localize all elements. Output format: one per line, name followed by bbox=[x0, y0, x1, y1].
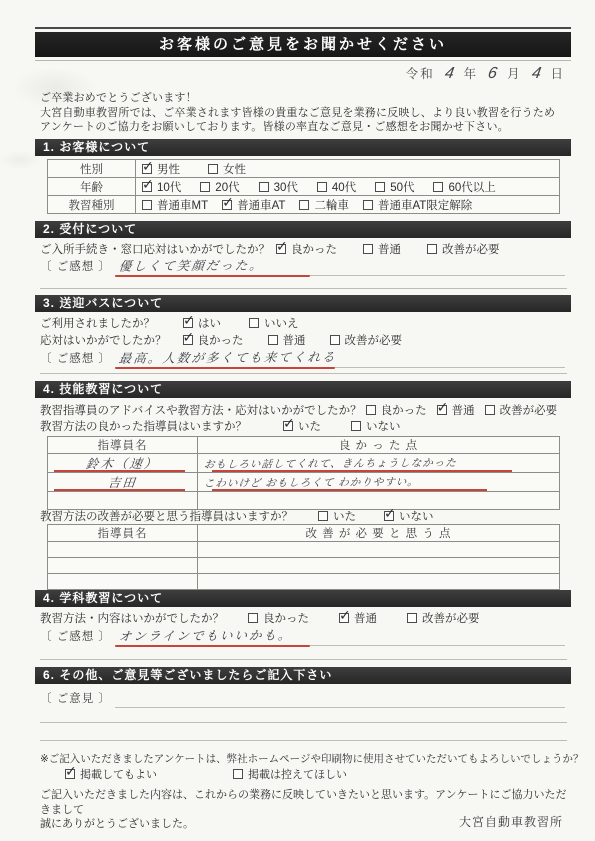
table-row: 性別 男性 女性 bbox=[48, 160, 560, 178]
option-label: いいえ bbox=[264, 315, 299, 331]
form-title: お客様のご意見をお聞かせください bbox=[159, 36, 447, 53]
option-good[interactable]: 良かった bbox=[366, 402, 427, 418]
handwritten-comment: こわいけど おもしろくて わかりやすい。 bbox=[203, 474, 419, 490]
option-label: 普通 bbox=[378, 241, 401, 257]
option-label: いた bbox=[333, 508, 356, 524]
handwritten-feedback: 優しくて笑顔だった。 bbox=[118, 255, 265, 274]
checkbox-icon[interactable] bbox=[65, 769, 75, 779]
intro-paragraph: ご卒業おめでとうございます！ 大宮自動車教習所では、ご卒業されます皆様の貴重なご… bbox=[40, 91, 567, 135]
date-day-handwritten: 4 bbox=[530, 65, 542, 83]
checkbox-icon[interactable] bbox=[183, 335, 193, 345]
option-label: 普通車AT bbox=[237, 197, 285, 213]
option-age-40s[interactable]: 40代 bbox=[317, 179, 356, 195]
option-female[interactable]: 女性 bbox=[208, 161, 246, 177]
handwritten-feedback: オンラインでもいいかも。 bbox=[118, 625, 294, 644]
opinion-answer-area bbox=[115, 688, 565, 708]
option-label: いない bbox=[399, 508, 434, 524]
date-year-label: 年 bbox=[464, 64, 479, 82]
option-good[interactable]: 良かった bbox=[183, 332, 244, 348]
option-age-20s[interactable]: 20代 bbox=[200, 179, 239, 195]
option-label: 普通車MT bbox=[157, 197, 208, 213]
option-car-mt[interactable]: 普通車MT bbox=[142, 197, 208, 213]
col-instructor-name: 指導員名 bbox=[48, 525, 198, 542]
checkbox-icon[interactable] bbox=[317, 182, 327, 192]
bus-used-question-row: ご利用されましたか？ はい いいえ bbox=[40, 315, 565, 331]
option-good[interactable]: 良かった bbox=[248, 610, 309, 626]
date-month-label: 月 bbox=[507, 64, 522, 82]
good-instructor-table: 指導員名 良 か っ た 点 鈴木（速） おもしろい話してくれて、きんちょうしな… bbox=[47, 436, 560, 510]
question-text: ご利用されましたか？ bbox=[40, 315, 155, 331]
feedback-answer-area: オンラインでもいいかも。 bbox=[115, 626, 565, 646]
red-underline bbox=[115, 645, 310, 647]
bus-service-question-row: 応対はいかがでしたか？ 良かった 普通 改善が必要 bbox=[40, 332, 565, 348]
option-age-10s[interactable]: 10代 bbox=[142, 179, 181, 195]
checkbox-icon[interactable] bbox=[283, 421, 293, 431]
table-header-row: 指導員名 良 か っ た 点 bbox=[48, 437, 560, 454]
checkbox-icon[interactable] bbox=[437, 405, 447, 415]
option-label: 普通 bbox=[354, 610, 377, 626]
instructor-name-cell bbox=[48, 558, 198, 574]
table-row: 教習種別 普通車MT 普通車AT 二輪車 普通車AT限定解除 bbox=[48, 196, 560, 214]
section6-title: 6. その他、ご意見等ございましたらご記入下さい bbox=[43, 668, 332, 682]
section3-title: 3. 送迎バスについて bbox=[43, 296, 163, 310]
improve-point-cell bbox=[198, 542, 560, 558]
school-signature: 大宮自動車教習所 bbox=[459, 813, 563, 830]
checkbox-icon[interactable] bbox=[249, 318, 259, 328]
checkbox-icon[interactable] bbox=[299, 200, 309, 210]
other-opinion-row: 〔 ご意見 〕 bbox=[40, 688, 565, 708]
feedback-label: 〔 ご感想 〕 bbox=[40, 350, 111, 366]
bus-feedback-row: 〔 ご感想 〕 最高。人数が多くても来てくれる bbox=[40, 348, 565, 368]
option-normal[interactable]: 普通 bbox=[363, 241, 401, 257]
option-good[interactable]: 良かった bbox=[276, 241, 337, 257]
option-label: 改善が必要 bbox=[442, 241, 500, 257]
section3-header: 3. 送迎バスについて bbox=[35, 295, 571, 312]
checkbox-icon[interactable] bbox=[407, 613, 417, 623]
table-row bbox=[48, 558, 560, 574]
option-label: 30代 bbox=[274, 179, 298, 195]
improve-instructor-question-row: 教習方法の改善が必要と思う指導員はいますか？ いた いない bbox=[40, 508, 565, 524]
reception-question-row: ご入所手続き・窓口応対はいかがでしたか？ 良かった 普通 改善が必要 bbox=[40, 241, 565, 257]
section5-header: 4. 学科教習について bbox=[35, 590, 571, 607]
age-row-label: 年齢 bbox=[48, 178, 136, 196]
option-inai[interactable]: いない bbox=[384, 508, 434, 524]
feedback-label: 〔 ご感想 〕 bbox=[40, 628, 111, 644]
table-row: 年齢 10代 20代 30代 40代 50代 60代以上 bbox=[48, 178, 560, 196]
good-point-cell bbox=[198, 492, 560, 510]
date-year-handwritten: 4 bbox=[443, 65, 455, 83]
option-label: いない bbox=[366, 418, 401, 434]
opinion-label: 〔 ご意見 〕 bbox=[40, 690, 111, 706]
checkbox-icon[interactable] bbox=[363, 244, 373, 254]
option-label: 二輪車 bbox=[314, 197, 349, 213]
checkbox-icon[interactable] bbox=[200, 182, 210, 192]
section4-title: 4. 技能教習について bbox=[43, 382, 163, 396]
gender-row-label: 性別 bbox=[48, 160, 136, 178]
section2-header: 2. 受付について bbox=[35, 221, 571, 238]
intro-line-2: 大宮自動車教習所では、ご卒業されます皆様の貴重なご意見を業務に反映し、より良い教… bbox=[40, 106, 567, 121]
checkbox-icon[interactable] bbox=[339, 613, 349, 623]
question-text: 教習方法の改善が必要と思う指導員はいますか？ bbox=[40, 508, 293, 524]
intro-line-1: ご卒業おめでとうございます！ bbox=[40, 91, 567, 106]
option-label: 掲載してもよい bbox=[80, 766, 157, 782]
table-row bbox=[48, 492, 560, 510]
option-motorcycle[interactable]: 二輪車 bbox=[299, 197, 349, 213]
col-instructor-name: 指導員名 bbox=[48, 437, 198, 454]
option-label: 改善が必要 bbox=[422, 610, 480, 626]
checkbox-icon[interactable] bbox=[384, 511, 394, 521]
option-ita[interactable]: いた bbox=[283, 418, 321, 434]
date-era-label: 令和 bbox=[406, 64, 435, 82]
date-day-label: 日 bbox=[550, 64, 565, 82]
publication-options-row: 掲載してもよい 掲載は控えてほしい bbox=[65, 766, 565, 782]
checkbox-icon[interactable] bbox=[259, 182, 269, 192]
option-label: 良かった bbox=[198, 332, 244, 348]
option-label: はい bbox=[198, 315, 221, 331]
option-no[interactable]: いいえ bbox=[249, 315, 299, 331]
table-row bbox=[48, 574, 560, 590]
form-title-banner: お客様のご意見をお聞かせください bbox=[35, 32, 571, 57]
option-normal[interactable]: 普通 bbox=[339, 610, 377, 626]
option-at-limit-release[interactable]: 普通車AT限定解除 bbox=[363, 197, 472, 213]
option-label: 改善が必要 bbox=[500, 402, 558, 418]
checkbox-icon[interactable] bbox=[142, 164, 152, 174]
section2-title: 2. 受付について bbox=[43, 222, 137, 236]
instructor-name-cell bbox=[48, 574, 198, 590]
reception-feedback-row: 〔 ご感想 〕 優しくて笑顔だった。 bbox=[40, 256, 565, 276]
option-car-at[interactable]: 普通車AT bbox=[222, 197, 285, 213]
checkbox-icon[interactable] bbox=[142, 200, 152, 210]
customer-info-table: 性別 男性 女性 年齢 10代 20代 30代 40代 50代 60代以上 教習… bbox=[47, 159, 560, 214]
option-needs-improvement[interactable]: 改善が必要 bbox=[407, 610, 480, 626]
table-row bbox=[48, 542, 560, 558]
option-label: 20代 bbox=[215, 179, 239, 195]
option-label: 女性 bbox=[223, 161, 246, 177]
red-underline bbox=[115, 367, 335, 369]
option-inai[interactable]: いない bbox=[351, 418, 401, 434]
section1-title: 1. お客様について bbox=[43, 140, 150, 154]
checkbox-icon[interactable] bbox=[276, 244, 286, 254]
option-normal[interactable]: 普通 bbox=[437, 402, 475, 418]
checkbox-icon[interactable] bbox=[363, 200, 373, 210]
option-label: 10代 bbox=[157, 179, 181, 195]
option-male[interactable]: 男性 bbox=[142, 161, 180, 177]
blank-answer-rule bbox=[40, 288, 567, 289]
section4-header: 4. 技能教習について bbox=[35, 381, 571, 398]
checkbox-icon[interactable] bbox=[318, 511, 328, 521]
checkbox-icon[interactable] bbox=[222, 200, 232, 210]
col-good-point: 良 か っ た 点 bbox=[198, 437, 560, 454]
col-improve-point: 改 善 が 必 要 と 思 う 点 bbox=[198, 525, 560, 542]
checkbox-icon[interactable] bbox=[142, 182, 152, 192]
checkbox-icon[interactable] bbox=[366, 405, 376, 415]
skill-question-row: 教習指導員のアドバイスや教習方法・応対はいかがでしたか？ 良かった 普通 改善が… bbox=[40, 402, 565, 418]
checkbox-icon[interactable] bbox=[248, 613, 258, 623]
option-label: 50代 bbox=[390, 179, 414, 195]
good-point-cell: おもしろい話してくれて、きんちょうしなかった bbox=[198, 454, 560, 473]
option-label: 40代 bbox=[332, 179, 356, 195]
checkbox-icon[interactable] bbox=[485, 405, 495, 415]
intro-line-3: アンケートのご協力をお願いしております。皆様の率直なご意見・ご感想をお聞かせ下さ… bbox=[40, 120, 567, 135]
instructor-name-cell: 吉田 bbox=[48, 473, 198, 492]
question-text: ご入所手続き・窓口応対はいかがでしたか？ bbox=[40, 241, 270, 257]
option-decline-publication[interactable]: 掲載は控えてほしい bbox=[233, 766, 347, 782]
checkbox-icon[interactable] bbox=[351, 421, 361, 431]
scanned-survey-page: お客様のご意見をお聞かせください 令和 4 年 6 月 4 日 ご卒業おめでとう… bbox=[0, 0, 595, 841]
good-instructor-question-row: 教習方法の良かった指導員はいますか？ いた いない bbox=[40, 418, 565, 434]
option-age-60plus[interactable]: 60代以上 bbox=[433, 179, 495, 195]
checkbox-icon[interactable] bbox=[183, 318, 193, 328]
improve-instructor-table: 指導員名 改 善 が 必 要 と 思 う 点 bbox=[47, 524, 560, 590]
option-label: 普通車AT限定解除 bbox=[378, 197, 472, 213]
lecture-feedback-row: 〔 ご感想 〕 オンラインでもいいかも。 bbox=[40, 626, 565, 646]
option-label: 改善が必要 bbox=[345, 332, 403, 348]
improve-point-cell bbox=[198, 574, 560, 590]
blank-answer-rule bbox=[40, 659, 567, 660]
date-month-handwritten: 6 bbox=[487, 65, 499, 83]
instructor-name-cell: 鈴木（速） bbox=[48, 454, 198, 473]
table-header-row: 指導員名 改 善 が 必 要 と 思 う 点 bbox=[48, 525, 560, 542]
option-needs-improvement[interactable]: 改善が必要 bbox=[427, 241, 500, 257]
question-text: 応対はいかがでしたか？ bbox=[40, 332, 167, 348]
question-text: 教習方法の良かった指導員はいますか？ bbox=[40, 418, 247, 434]
option-label: 普通 bbox=[283, 332, 306, 348]
date-line: 令和 4 年 6 月 4 日 bbox=[300, 64, 565, 83]
handwritten-feedback: 最高。人数が多くても来てくれる bbox=[118, 347, 337, 367]
checkbox-icon[interactable] bbox=[330, 335, 340, 345]
checkbox-icon[interactable] bbox=[268, 335, 278, 345]
option-label: いた bbox=[298, 418, 321, 434]
checkbox-icon[interactable] bbox=[427, 244, 437, 254]
checkbox-icon[interactable] bbox=[233, 769, 243, 779]
checkbox-icon[interactable] bbox=[208, 164, 218, 174]
question-text: 教習指導員のアドバイスや教習方法・応対はいかがでしたか？ bbox=[40, 402, 362, 418]
section6-header: 6. その他、ご意見等ございましたらご記入下さい bbox=[35, 667, 571, 684]
option-age-50s[interactable]: 50代 bbox=[375, 179, 414, 195]
publication-note: ※ご記入いただきましたアンケートは、弊社ホームページや印刷物に使用させていただい… bbox=[40, 753, 567, 766]
option-label: 掲載は控えてほしい bbox=[248, 766, 347, 782]
option-label: 60代以上 bbox=[448, 179, 495, 195]
table-row: 吉田 こわいけど おもしろくて わかりやすい。 bbox=[48, 473, 560, 492]
question-text: 教習方法・内容はいかがでしたか？ bbox=[40, 610, 224, 626]
blank-answer-rule bbox=[40, 740, 567, 741]
instructor-name-cell bbox=[48, 542, 198, 558]
table-row: 鈴木（速） おもしろい話してくれて、きんちょうしなかった bbox=[48, 454, 560, 473]
handwritten-comment: おもしろい話してくれて、きんちょうしなかった bbox=[203, 455, 457, 472]
option-normal[interactable]: 普通 bbox=[268, 332, 306, 348]
option-label: 良かった bbox=[291, 241, 337, 257]
option-label: 男性 bbox=[157, 161, 180, 177]
top-rule bbox=[35, 27, 571, 29]
checkbox-icon[interactable] bbox=[375, 182, 385, 192]
section5-title: 4. 学科教習について bbox=[43, 591, 163, 605]
red-underline bbox=[115, 275, 310, 277]
blank-answer-rule bbox=[40, 373, 567, 374]
option-needs-improvement[interactable]: 改善が必要 bbox=[330, 332, 403, 348]
option-ita[interactable]: いた bbox=[318, 508, 356, 524]
option-allow-publication[interactable]: 掲載してもよい bbox=[65, 766, 157, 782]
feedback-answer-area: 優しくて笑顔だった。 bbox=[115, 256, 565, 276]
option-label: 普通 bbox=[452, 402, 475, 418]
feedback-answer-area: 最高。人数が多くても来てくれる bbox=[115, 348, 565, 368]
instructor-name-cell bbox=[48, 492, 198, 510]
option-age-30s[interactable]: 30代 bbox=[259, 179, 298, 195]
option-label: 良かった bbox=[381, 402, 427, 418]
good-point-cell: こわいけど おもしろくて わかりやすい。 bbox=[198, 473, 560, 492]
feedback-label: 〔 ご感想 〕 bbox=[40, 258, 111, 274]
checkbox-icon[interactable] bbox=[433, 182, 443, 192]
improve-point-cell bbox=[198, 558, 560, 574]
course-row-label: 教習種別 bbox=[48, 196, 136, 214]
option-needs-improvement[interactable]: 改善が必要 bbox=[485, 402, 558, 418]
blank-answer-rule bbox=[40, 722, 567, 723]
section1-header: 1. お客様について bbox=[35, 139, 571, 156]
banner-bottom-rule bbox=[35, 60, 571, 61]
option-label: 良かった bbox=[263, 610, 309, 626]
lecture-question-row: 教習方法・内容はいかがでしたか？ 良かった 普通 改善が必要 bbox=[40, 610, 565, 626]
